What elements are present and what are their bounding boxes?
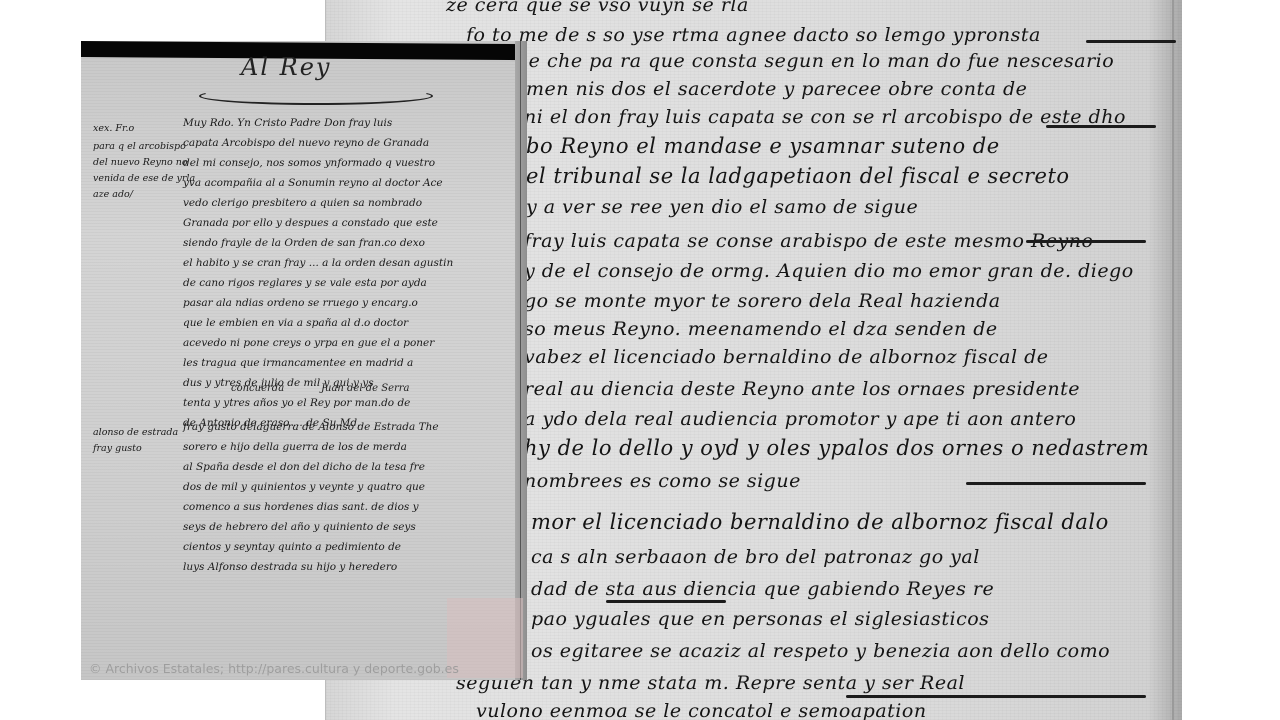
margin-note-line: alonso de estrada	[93, 427, 178, 438]
body-line: siendo frayle de la Orden de san fran.co…	[183, 237, 425, 249]
manuscript-line: go se monte myor te sorero dela Real haz…	[524, 290, 1001, 312]
body-line: dos de mil y quinientos y veynte y quatr…	[183, 481, 425, 493]
document-title: Al Rey	[241, 53, 331, 81]
manuscript-line: y a ver se ree yen dio el samo de sigue	[526, 196, 918, 218]
pen-stroke	[1026, 240, 1146, 243]
manuscript-line: ni el don fray luis capata se con se rl …	[524, 106, 1126, 128]
manuscript-line: a ydo dela real audiencia promotor y ape…	[524, 408, 1076, 430]
margin-note-line: para q el arcobispo	[93, 141, 186, 152]
body-line: sorero e hijo della guerra de los de mer…	[183, 441, 407, 453]
body-line: acevedo ni pone creys o yrpa en gue el a…	[183, 337, 434, 349]
body-line: al Spaña desde el don del dicho de la te…	[183, 461, 425, 473]
page-gutter	[515, 41, 527, 680]
manuscript-line: mor el licenciado bernaldino de albornoz…	[531, 510, 1109, 534]
concuerda-note: concuerda	[231, 383, 284, 394]
body-line: el habito y se cran fray ... a la orden …	[183, 257, 453, 269]
body-line: del mi consejo, nos somos ynformado q vu…	[183, 157, 435, 169]
body-line: tenta y ytres años yo el Rey por man.do …	[183, 397, 410, 409]
gutter-line	[520, 41, 521, 680]
body-line: vedo clerigo presbitero a quien sa nombr…	[183, 197, 422, 209]
manuscript-line: ze cera que se vso vuyn se rla	[446, 0, 749, 16]
pen-stroke	[1046, 125, 1156, 128]
signature: Juan del de Serra	[321, 383, 410, 394]
pen-stroke	[1086, 40, 1176, 43]
body-line: cientos y seyntay quinto a pedimiento de	[183, 541, 401, 553]
margin-note-line: venida de ese de yrla	[93, 173, 195, 184]
pen-stroke	[606, 600, 726, 603]
body-line: de cano rigos reglares y se vale esta po…	[183, 277, 427, 289]
pen-stroke	[846, 695, 1146, 698]
manuscript-line: fray luis capata se conse arabispo de es…	[524, 230, 1093, 252]
manuscript-line: vabez el licenciado bernaldino de alborn…	[524, 346, 1049, 368]
body-line: Granada por ello y despues a constado qu…	[183, 217, 438, 229]
page-edge	[1172, 0, 1174, 720]
body-line: que le embien en via a spaña al d.o doct…	[183, 317, 408, 329]
manuscript-line: nombrees es como se sigue	[524, 470, 801, 492]
body-line: comenco a sus hordenes dias sant. de dio…	[183, 501, 419, 513]
margin-note-line: fray gusto	[93, 443, 142, 454]
manuscript-line: el tribunal se la ladgapetiaon del fisca…	[526, 164, 1070, 188]
pen-stroke	[966, 482, 1146, 485]
body-line: luys Alfonso destrada su hijo y heredero	[183, 561, 397, 573]
margin-note-line: del nuevo Reyno no	[93, 157, 188, 168]
manuscript-line: os egitaree se acaziz al respeto y benez…	[531, 640, 1110, 662]
body-line: les tragua que irmancamentee en madrid a	[183, 357, 413, 369]
manuscript-line: bo Reyno el mandase e ysamnar suteno de	[526, 134, 1000, 158]
margin-note-line: aze ado/	[93, 189, 133, 200]
manuscript-line: seguien tan y nme stata m. Repre senta y…	[456, 672, 965, 694]
manuscript-line: so meus Reyno. meenamendo el dza senden …	[524, 318, 998, 340]
manuscript-line: pao yguales que en personas el siglesias…	[531, 608, 989, 630]
manuscript-line: be che pa ra que consta segun en lo man …	[516, 50, 1114, 72]
body-line: pasar ala ndias ordeno se rruego y encar…	[183, 297, 418, 309]
body-line: seys de hebrero del año y quiniento de s…	[183, 521, 416, 533]
manuscript-line: ca s aln serbaaon de bro del patronaz go…	[531, 546, 980, 568]
manuscript-line: real au diencia deste Reyno ante los orn…	[524, 378, 1080, 400]
manuscript-page-front: Al Rey xex. Fr.o para q el arcobispo del…	[81, 41, 527, 680]
manuscript-line: men nis dos el sacerdote y parecee obre …	[526, 78, 1027, 100]
body-line: capata Arcobispo del nuevo reyno de Gran…	[183, 137, 429, 149]
body-line: Muy Rdo. Yn Cristo Padre Don fray luis	[183, 117, 392, 129]
body-line: fray gusto delaguerra de Alonso de Estra…	[183, 421, 439, 433]
margin-note-line: xex. Fr.o	[93, 123, 134, 134]
manuscript-line: fo to me de s so yse rtma agnee dacto so…	[466, 24, 1041, 46]
archive-watermark: © Archivos Estatales; http://pares.cultu…	[89, 661, 459, 676]
manuscript-line: hy de lo dello y oyd y oles ypalos dos o…	[524, 436, 1149, 460]
manuscript-line: dad de sta aus diencia que gabiendo Reye…	[531, 578, 994, 600]
manuscript-line: y de el consejo de ormg. Aquien dio mo e…	[524, 260, 1134, 282]
body-line: yva acompañia al a Sonumin reyno al doct…	[183, 177, 443, 189]
manuscript-line: vulono eenmoa se le concatol e semoapati…	[476, 700, 927, 720]
title-flourish	[199, 87, 433, 105]
